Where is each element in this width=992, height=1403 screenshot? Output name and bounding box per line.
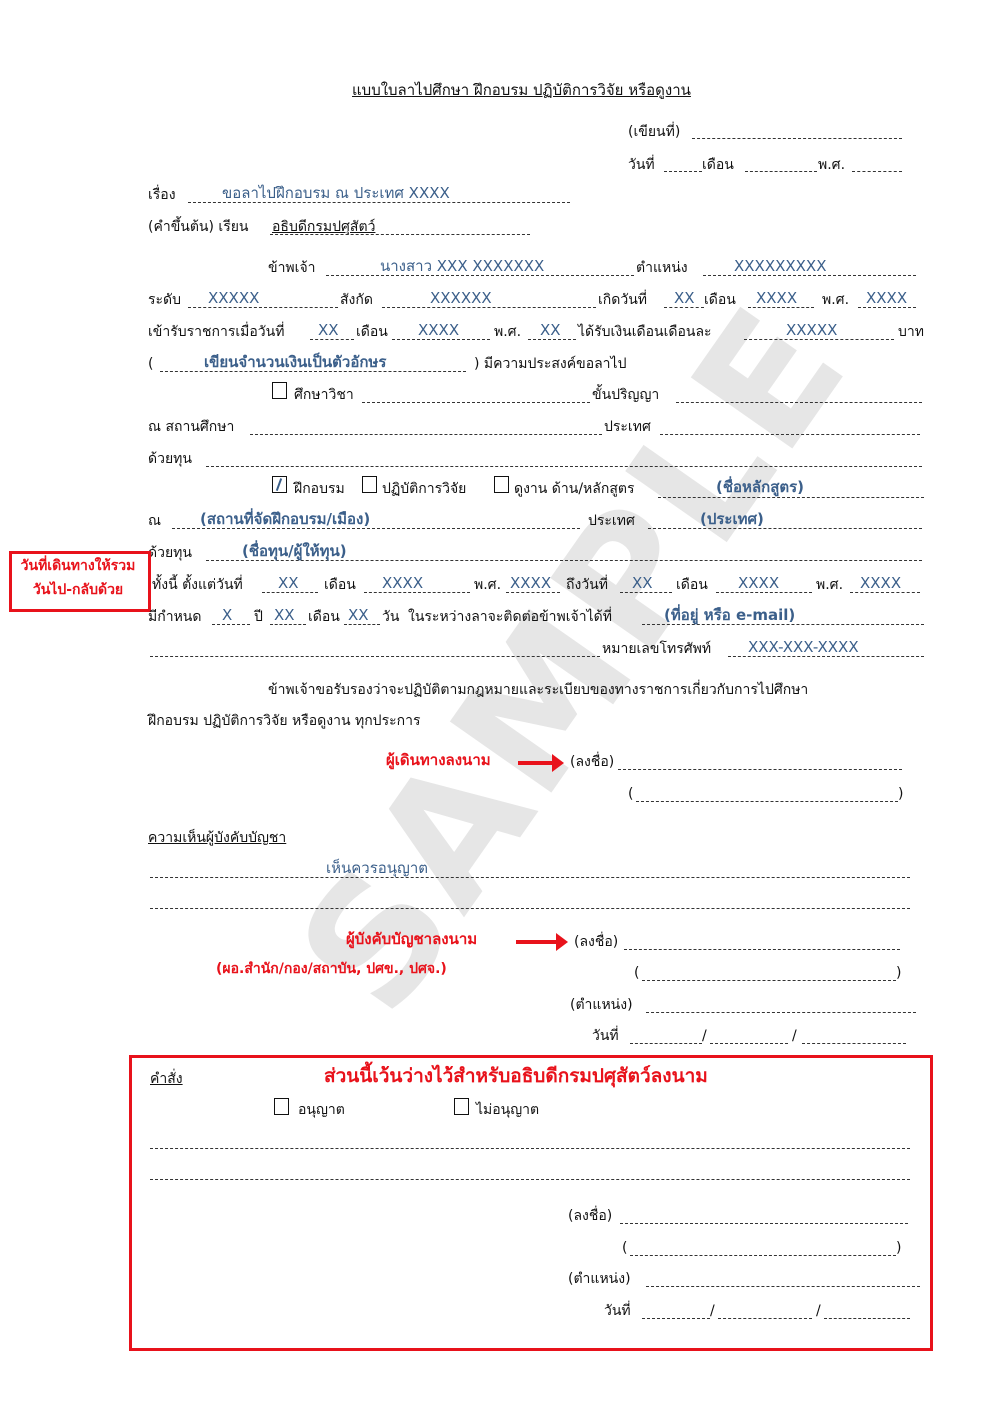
- traveler-sign-label: (ลงชื่อ): [570, 752, 614, 772]
- training-label: ฝึกอบรม: [294, 479, 345, 499]
- certification-line2: ฝึกอบรม ปฏิบัติการวิจัย หรือดูงาน ทุกประ…: [148, 711, 420, 731]
- duration-months-value: XX: [274, 605, 295, 625]
- supervisor-position-label: (ตำแหน่ง): [570, 995, 633, 1015]
- study-checkbox[interactable]: [272, 382, 287, 399]
- traveler-paren-close: ): [898, 784, 903, 804]
- to-month-value: XXXX: [738, 573, 779, 593]
- service-label: เข้ารับราชการเมื่อวันที่: [148, 322, 284, 342]
- date-label: วันที่: [628, 155, 655, 175]
- service-year-label: พ.ศ.: [494, 322, 521, 342]
- order-sign-label: (ลงชื่อ): [568, 1206, 612, 1226]
- order-date-day-field[interactable]: [642, 1318, 710, 1319]
- service-year-value: XX: [540, 320, 561, 340]
- salary-label: ได้รับเงินเดือนเดือนละ: [578, 322, 712, 342]
- supervisor-sign-note: ผู้บังคับบัญชาลงนาม: [346, 929, 477, 949]
- order-printed-name-field[interactable]: [630, 1255, 896, 1256]
- contact-field-continued[interactable]: [150, 656, 600, 657]
- duration-days-value: XX: [348, 605, 369, 625]
- arrow-right-icon: [518, 761, 560, 765]
- study-visit-label: ดูงาน ด้าน/หลักสูตร: [514, 479, 635, 499]
- to-day-value: XX: [632, 573, 653, 593]
- salary-text-open: (: [148, 354, 153, 374]
- days-label: วัน: [382, 607, 399, 627]
- traveler-sign-note: ผู้เดินทางลงนาม: [386, 750, 491, 770]
- to-label: ถึงวันที่: [566, 575, 608, 595]
- study-country-label: ประเทศ: [604, 417, 651, 437]
- supervisor-position-field[interactable]: [646, 1012, 916, 1013]
- born-year-value: XXXX: [866, 288, 907, 308]
- subject-value: ขอลาไปฝึกอบรม ณ ประเทศ XXXX: [222, 183, 450, 203]
- order-date-month-field[interactable]: [718, 1318, 812, 1319]
- written-at-field[interactable]: [692, 138, 902, 139]
- order-date-year-field[interactable]: [824, 1318, 910, 1319]
- degree-label: ขั้นปริญญา: [592, 385, 659, 405]
- order-paren-close: ): [896, 1238, 901, 1258]
- order-comment-line1[interactable]: [150, 1148, 910, 1149]
- study-fund-label: ด้วยทุน: [148, 449, 192, 469]
- supervisor-printed-name-field[interactable]: [642, 980, 896, 981]
- position-label: ตำแหน่ง: [636, 258, 688, 278]
- level-label: ระดับ: [148, 290, 181, 310]
- order-heading: คำสั่ง: [150, 1069, 183, 1089]
- training-at-label: ณ: [148, 511, 161, 531]
- supervisor-sign-note-sub: (ผอ.สำนัก/กอง/สถาบัน, ปศข., ปศจ.): [216, 959, 447, 979]
- level-value: XXXXX: [208, 288, 259, 308]
- arrow-right-icon: [516, 940, 564, 944]
- born-label: เกิดวันที่: [598, 290, 647, 310]
- contact-value: (ที่อยู่ หรือ e-mail): [664, 605, 795, 625]
- born-day-value: XX: [674, 288, 695, 308]
- service-day-value: XX: [318, 320, 339, 340]
- salary-text-close: ) มีความประสงค์ขอลาไป: [474, 354, 626, 374]
- position-value: XXXXXXXXX: [734, 256, 826, 276]
- study-visit-checkbox[interactable]: [494, 476, 509, 493]
- duration-years-value: X: [222, 605, 232, 625]
- study-label: ศึกษาวิชา: [294, 385, 354, 405]
- salutation-value: อธิบดีกรมปศุสัตว์: [272, 217, 375, 237]
- to-year-label: พ.ศ.: [816, 575, 843, 595]
- training-at-value: (สถานที่จัดฝึกอบรม/เมือง): [200, 509, 370, 529]
- traveler-paren-open: (: [628, 784, 633, 804]
- order-comment-line2[interactable]: [150, 1179, 910, 1180]
- study-subject-field[interactable]: [362, 402, 590, 403]
- training-country-label: ประเทศ: [588, 511, 635, 531]
- from-day-value: XX: [278, 573, 299, 593]
- order-date-label: วันที่: [604, 1301, 631, 1321]
- training-fund-label: ด้วยทุน: [148, 543, 192, 563]
- supervisor-opinion-line2[interactable]: [150, 908, 910, 909]
- contact-label: ในระหว่างลาจะติดต่อข้าพเจ้าได้ที่: [408, 607, 612, 627]
- research-checkbox[interactable]: [362, 476, 377, 493]
- born-year-label: พ.ศ.: [822, 290, 849, 310]
- supervisor-date-year-field[interactable]: [802, 1043, 906, 1044]
- phone-label: หมายเลขโทรศัพท์: [602, 639, 711, 659]
- supervisor-date-label: วันที่: [592, 1026, 619, 1046]
- born-month-label: เดือน: [704, 290, 736, 310]
- institution-label: ณ สถานศึกษา: [148, 417, 234, 437]
- form-title: แบบใบลาไปศึกษา ฝึกอบรม ปฏิบัติการวิจัย ห…: [352, 80, 691, 100]
- deny-label: ไม่อนุญาต: [476, 1100, 539, 1120]
- supervisor-signature-field[interactable]: [624, 949, 900, 950]
- travel-note-line2: วันไป-กลับด้วย: [14, 580, 142, 600]
- certification-line1: ข้าพเจ้าขอรับรองว่าจะปฏิบัติตามกฎหมายและ…: [268, 680, 808, 700]
- years-label: ปี: [254, 607, 263, 627]
- deny-checkbox[interactable]: [454, 1098, 469, 1115]
- course-field[interactable]: [658, 497, 924, 498]
- supervisor-date-day-field[interactable]: [630, 1043, 702, 1044]
- approve-label: อนุญาต: [298, 1100, 345, 1120]
- supervisor-paren-close: ): [896, 963, 901, 983]
- months-label: เดือน: [308, 607, 340, 627]
- supervisor-date-month-field[interactable]: [710, 1043, 788, 1044]
- traveler-printed-name-field[interactable]: [636, 801, 898, 802]
- training-checkbox[interactable]: [272, 476, 287, 493]
- degree-field[interactable]: [676, 402, 922, 403]
- research-label: ปฏิบัติการวิจัย: [382, 479, 466, 499]
- training-country-value: (ประเทศ): [700, 509, 764, 529]
- supervisor-heading: ความเห็นผู้บังคับบัญชา: [148, 828, 286, 848]
- study-fund-field[interactable]: [206, 466, 922, 467]
- born-month-value: XXXX: [756, 288, 797, 308]
- order-signature-field[interactable]: [620, 1223, 908, 1224]
- approve-checkbox[interactable]: [274, 1098, 289, 1115]
- supervisor-sign-label: (ลงชื่อ): [574, 932, 618, 952]
- order-position-label: (ตำแหน่ง): [568, 1269, 631, 1289]
- from-year-label: พ.ศ.: [474, 575, 501, 595]
- name-label: ข้าพเจ้า: [268, 258, 316, 278]
- leave-form-page: SAMPLE แบบใบลาไปศึกษา ฝึกอบรม ปฏิบัติการ…: [0, 0, 992, 1403]
- order-date-slash1: /: [710, 1301, 715, 1321]
- name-value: นางสาว XXX XXXXXXX: [380, 256, 544, 276]
- study-country-field[interactable]: [660, 434, 920, 435]
- service-month-label: เดือน: [356, 322, 388, 342]
- course-value: (ชื่อหลักสูตร): [716, 477, 804, 497]
- order-position-field[interactable]: [646, 1286, 920, 1287]
- supervisor-opinion-value: เห็นควรอนุญาต: [326, 858, 428, 878]
- from-month-label: เดือน: [324, 575, 356, 595]
- affiliation-label: สังกัด: [340, 290, 373, 310]
- written-at-label: (เขียนที่): [628, 122, 680, 142]
- supervisor-opinion-line1[interactable]: [150, 877, 910, 878]
- affiliation-value: XXXXXX: [430, 288, 492, 308]
- supervisor-date-slash1: /: [702, 1026, 707, 1046]
- order-date-slash2: /: [816, 1301, 821, 1321]
- supervisor-paren-open: (: [634, 963, 639, 983]
- salutation-label: (คำขึ้นต้น) เรียน: [148, 217, 248, 237]
- baht-label: บาท: [898, 322, 924, 342]
- from-label: ทั้งนี้ ตั้งแต่วันที่: [152, 575, 243, 595]
- date-month-field[interactable]: [745, 171, 817, 172]
- from-year-value: XXXX: [510, 573, 551, 593]
- salary-text-value: เขียนจำนวนเงินเป็นตัวอักษร: [204, 352, 386, 372]
- to-month-label: เดือน: [676, 575, 708, 595]
- travel-note-line1: วันที่เดินทางให้รวม: [14, 556, 142, 576]
- phone-value: XXX-XXX-XXXX: [748, 637, 859, 657]
- date-year-field[interactable]: [852, 171, 902, 172]
- training-fund-value: (ชื่อทุน/ผู้ให้ทุน): [242, 541, 347, 561]
- to-year-value: XXXX: [860, 573, 901, 593]
- month-label: เดือน: [702, 155, 734, 175]
- year-label: พ.ศ.: [818, 155, 845, 175]
- salary-value: XXXXX: [786, 320, 837, 340]
- institution-field[interactable]: [250, 434, 602, 435]
- order-paren-open: (: [622, 1238, 627, 1258]
- service-month-value: XXXX: [418, 320, 459, 340]
- training-country-field[interactable]: [648, 528, 922, 529]
- subject-label: เรื่อง: [148, 185, 176, 205]
- duration-label: มีกำหนด: [148, 607, 201, 627]
- traveler-signature-field[interactable]: [618, 769, 902, 770]
- from-month-value: XXXX: [382, 573, 423, 593]
- supervisor-date-slash2: /: [792, 1026, 797, 1046]
- date-day-field[interactable]: [664, 171, 702, 172]
- order-reserved-note: ส่วนนี้เว้นว่างไว้สำหรับอธิบดีกรมปศุสัตว…: [324, 1066, 708, 1086]
